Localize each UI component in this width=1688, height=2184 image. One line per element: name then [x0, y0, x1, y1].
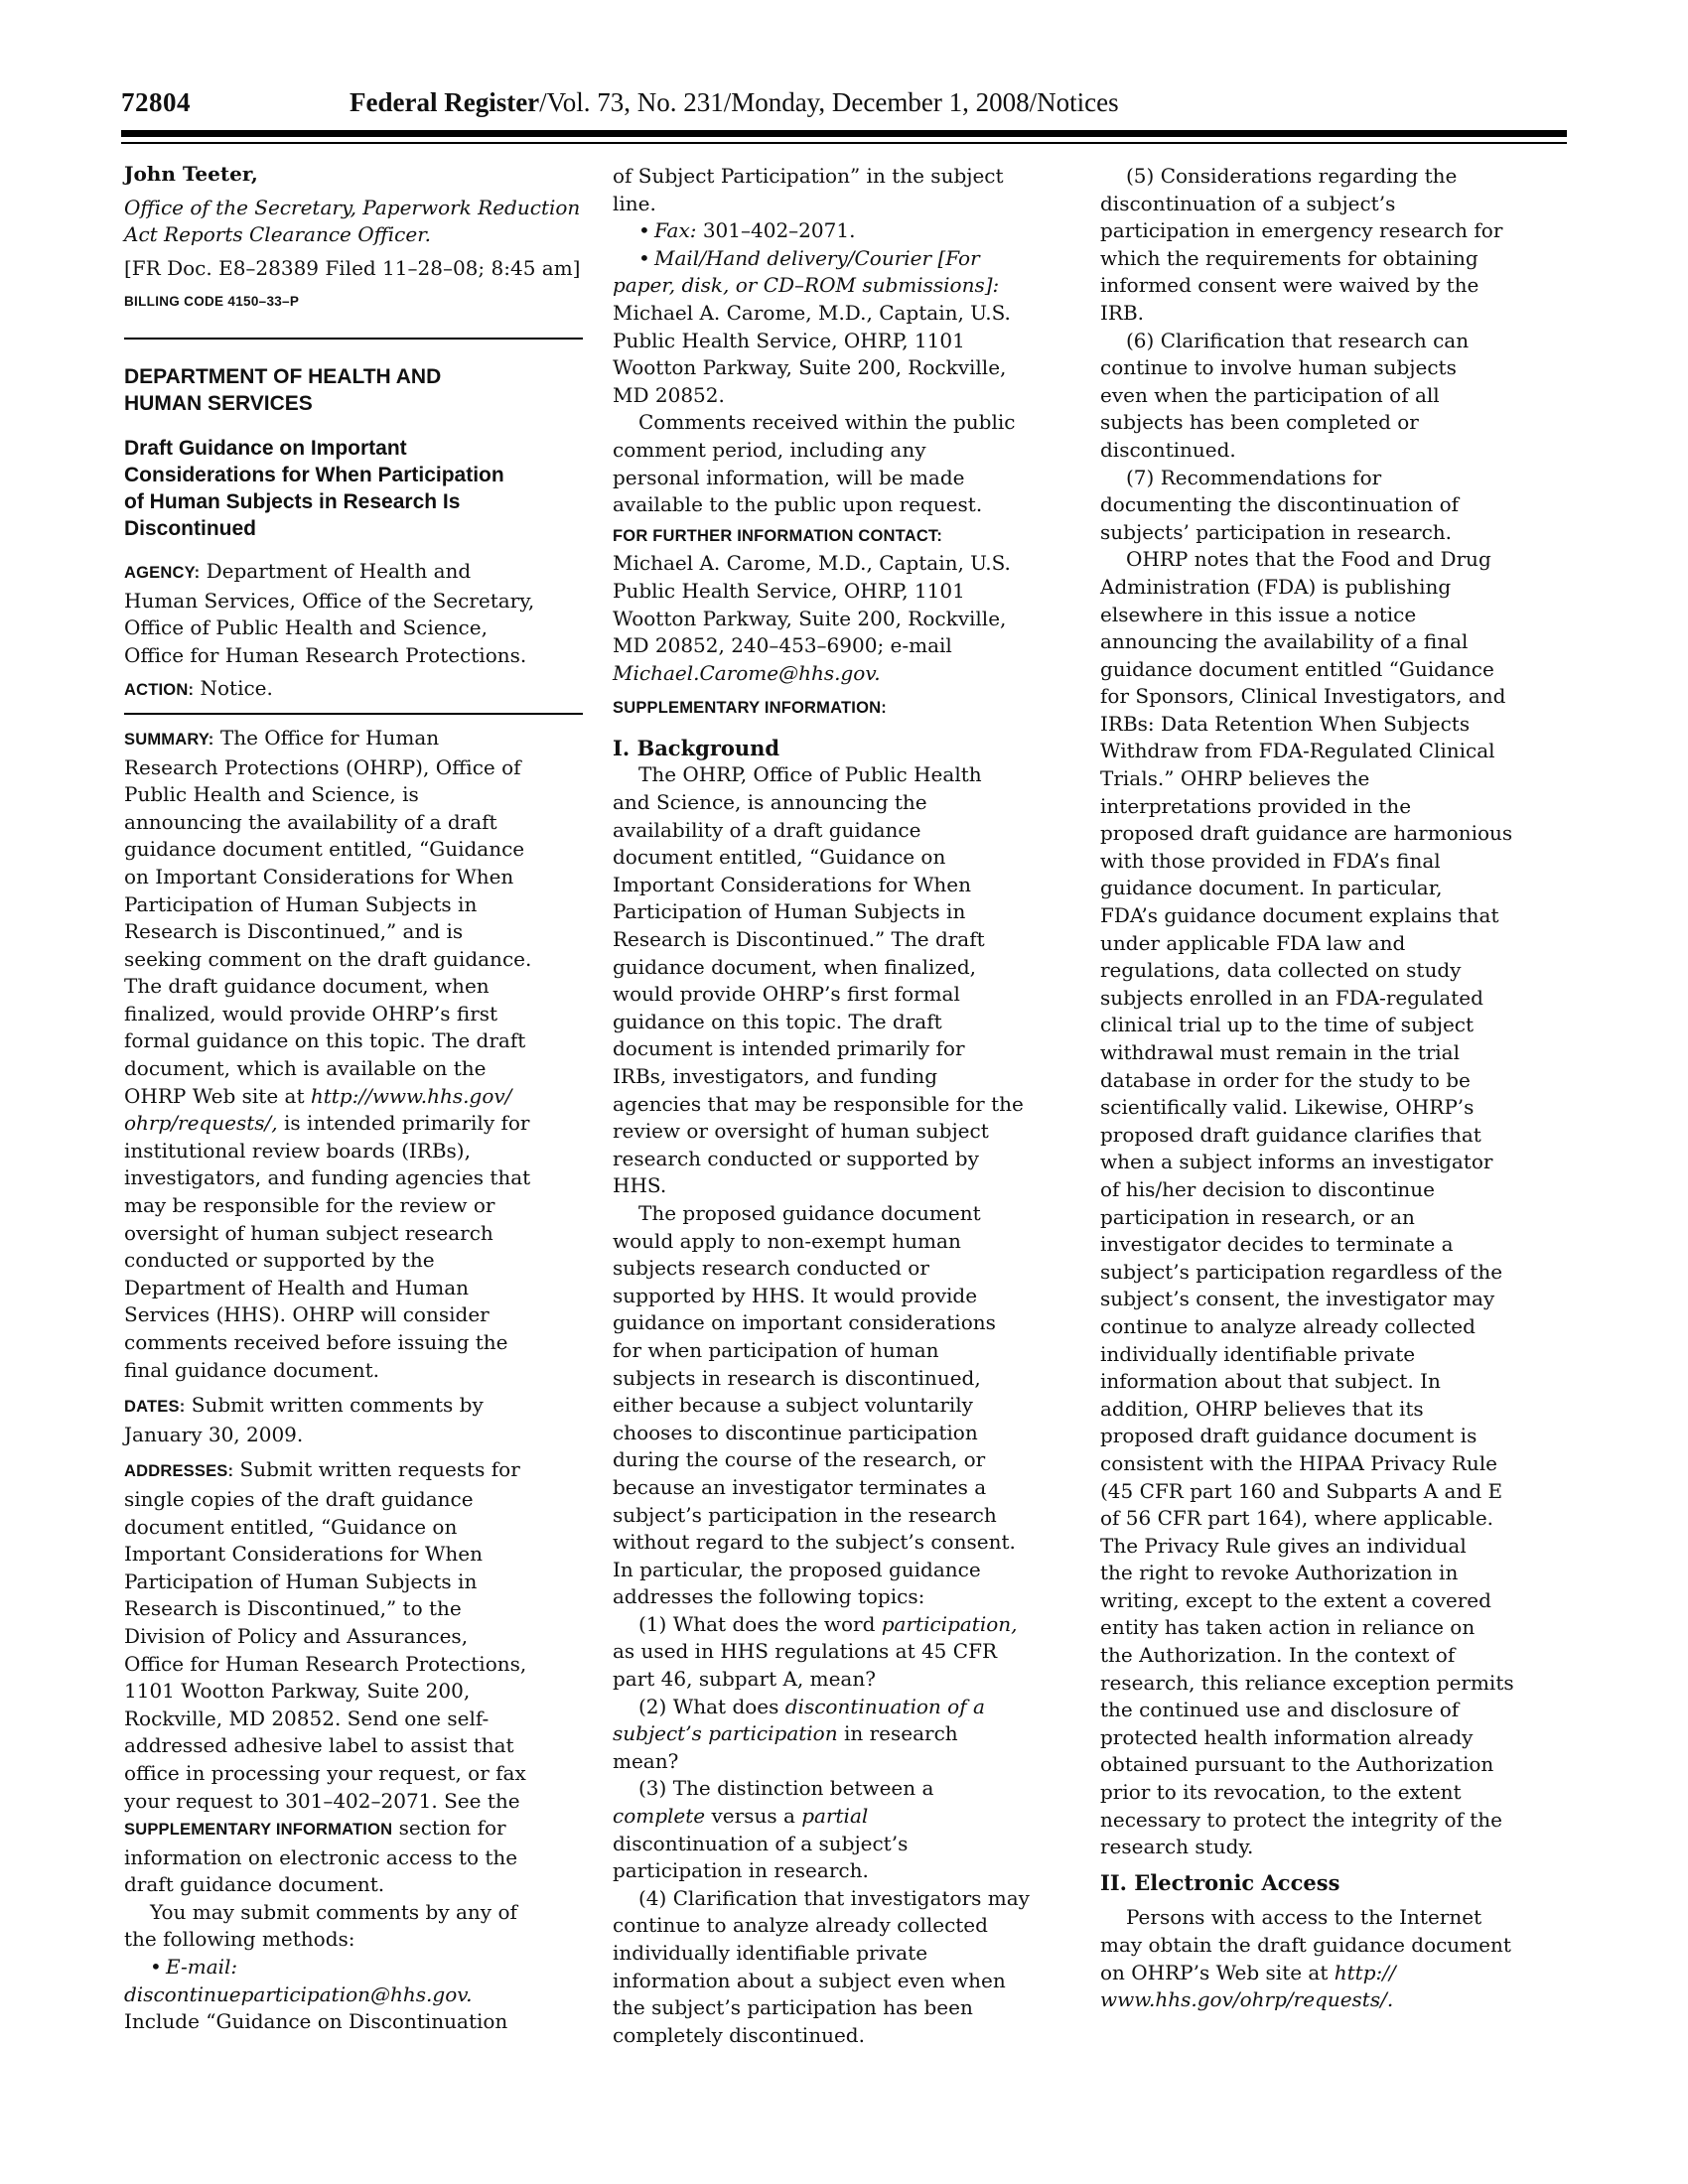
background-heading: I. Background	[613, 735, 1071, 762]
running-header: 72804 Federal Register/Vol. 73, No. 231/…	[121, 87, 1567, 127]
department-heading: DEPARTMENT OF HEALTH AND HUMAN SERVICES	[124, 363, 583, 417]
summary-section: SUMMARY: The Office for Human Research P…	[124, 725, 583, 1384]
proposed-guidance-paragraph: The proposed guidance document would app…	[613, 1200, 1071, 1611]
electronic-access-paragraph: Persons with access to the Internet may …	[1100, 1904, 1559, 2013]
action-text: Notice.	[194, 676, 273, 700]
topic-5: (5) Considerations regarding the discont…	[1100, 163, 1559, 328]
fr-doc-line: [FR Doc. E8–28389 Filed 11–28–08; 8:45 a…	[124, 255, 583, 283]
requests-url-link[interactable]: www.hhs.gov/ohrp/requests/.	[1100, 1986, 1559, 2014]
addresses-section: ADDRESSES: Submit written requests for s…	[124, 1456, 583, 2035]
federal-register-page: 72804 Federal Register/Vol. 73, No. 231/…	[0, 0, 1688, 2184]
contact-section: FOR FURTHER INFORMATION CONTACT: Michael…	[613, 523, 1071, 688]
contact-label: FOR FURTHER INFORMATION CONTACT:	[613, 523, 1071, 551]
email-label: E-mail:	[166, 1955, 237, 1979]
fax-label: Fax:	[654, 218, 696, 242]
signer-title: Office of the Secretary, Paperwork Reduc…	[124, 195, 583, 222]
dates-label: DATES:	[124, 1398, 185, 1416]
fax-method: •Fax: 301–402–2071.	[613, 217, 1071, 245]
billing-code: BILLING CODE 4150–33–P	[124, 288, 583, 316]
contact-email-link[interactable]: Michael.Carome@hhs.gov.	[613, 660, 1071, 688]
signer-name: John Teeter,	[124, 161, 583, 189]
column-2: of Subject Participation” in the subject…	[613, 163, 1071, 2049]
summary-label: SUMMARY:	[124, 731, 214, 749]
section-divider	[124, 338, 583, 340]
addresses-label: ADDRESSES:	[124, 1462, 233, 1480]
background-paragraph: The OHRP, Office of Public Health and Sc…	[613, 761, 1071, 1200]
action-section: ACTION: Notice.	[124, 675, 583, 705]
submission-email-link[interactable]: discontinueparticipation@hhs.gov.	[124, 1981, 583, 2009]
fda-paragraph: OHRP notes that the Food and Drug Admini…	[1100, 546, 1559, 1861]
publication-name: Federal Register	[350, 87, 539, 117]
topic-4: (4) Clarification that investigators may…	[613, 1885, 1071, 2050]
dates-section: DATES: Submit written comments by Januar…	[124, 1392, 583, 1448]
email-method: •E-mail:	[124, 1954, 583, 1981]
column-1: John Teeter, Office of the Secretary, Pa…	[124, 161, 583, 2036]
header-rule-thick	[121, 130, 1567, 137]
mail-method: •Mail/Hand delivery/Courier [For	[613, 245, 1071, 273]
agency-section: AGENCY: Department of Health and Human S…	[124, 558, 583, 669]
bullet-icon: •	[638, 245, 654, 273]
section-divider	[124, 713, 583, 715]
document-title: Draft Guidance on Important Consideratio…	[124, 435, 583, 542]
agency-label: AGENCY:	[124, 564, 200, 582]
comment-deadline: January 30, 2009.	[124, 1422, 583, 1449]
header-rule-thin	[121, 142, 1567, 144]
requests-url-link[interactable]: http://	[1335, 1961, 1396, 1984]
issue-info: /Vol. 73, No. 231/Monday, December 1, 20…	[539, 87, 1118, 117]
ohrp-url-link[interactable]: http://www.hhs.gov/	[311, 1084, 512, 1108]
signer-title: Act Reports Clearance Officer.	[124, 221, 583, 249]
bullet-icon: •	[150, 1954, 166, 1981]
bullet-icon: •	[638, 217, 654, 245]
topic-3: (3) The distinction between a complete v…	[613, 1775, 1071, 1884]
ohrp-url-link[interactable]: ohrp/requests/,	[124, 1111, 278, 1135]
electronic-access-heading: II. Electronic Access	[1100, 1869, 1559, 1897]
topic-1: (1) What does the word participation, as…	[613, 1611, 1071, 1694]
topic-6: (6) Clarification that research can cont…	[1100, 328, 1559, 465]
page-number: 72804	[121, 87, 191, 118]
topic-2: (2) What does discontinuation of a subje…	[613, 1694, 1071, 1776]
action-label: ACTION:	[124, 681, 194, 699]
topic-7: (7) Recommendations for documenting the …	[1100, 465, 1559, 547]
column-3: (5) Considerations regarding the discont…	[1100, 163, 1559, 2014]
supplementary-reference: SUPPLEMENTARY INFORMATION	[124, 1821, 392, 1839]
publication-header: Federal Register/Vol. 73, No. 231/Monday…	[350, 87, 1119, 118]
supplementary-info-label: SUPPLEMENTARY INFORMATION:	[613, 695, 1071, 723]
fax-number: 301–402–2071.	[696, 218, 855, 242]
